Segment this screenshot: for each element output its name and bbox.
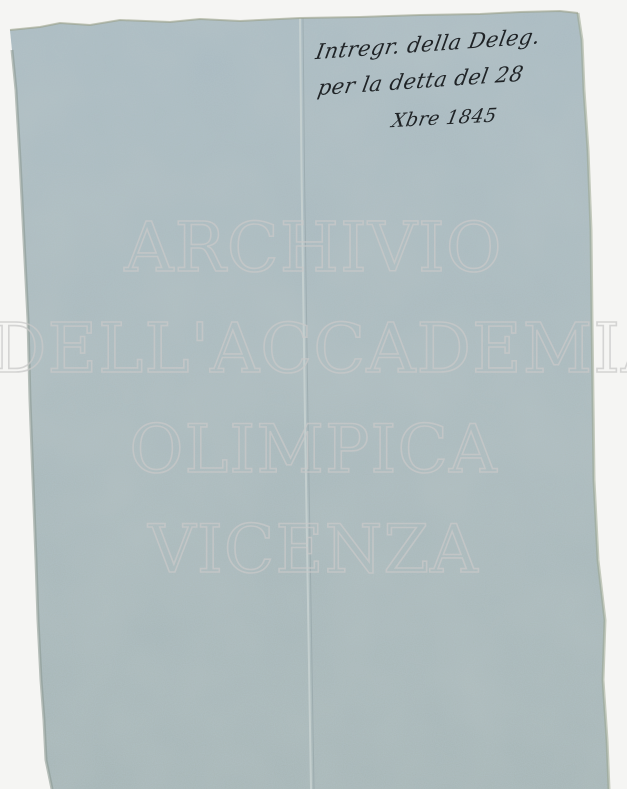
paper-sheet bbox=[0, 0, 627, 789]
document-scan: ARCHIVIO DELL'ACCADEMIA OLIMPICA VICENZA… bbox=[0, 0, 627, 789]
watermark-line: VICENZA bbox=[0, 517, 627, 583]
watermark-line: OLIMPICA bbox=[0, 417, 627, 483]
watermark-line: DELL'ACCADEMIA bbox=[0, 316, 627, 384]
watermark-line: ARCHIVIO bbox=[0, 215, 627, 283]
